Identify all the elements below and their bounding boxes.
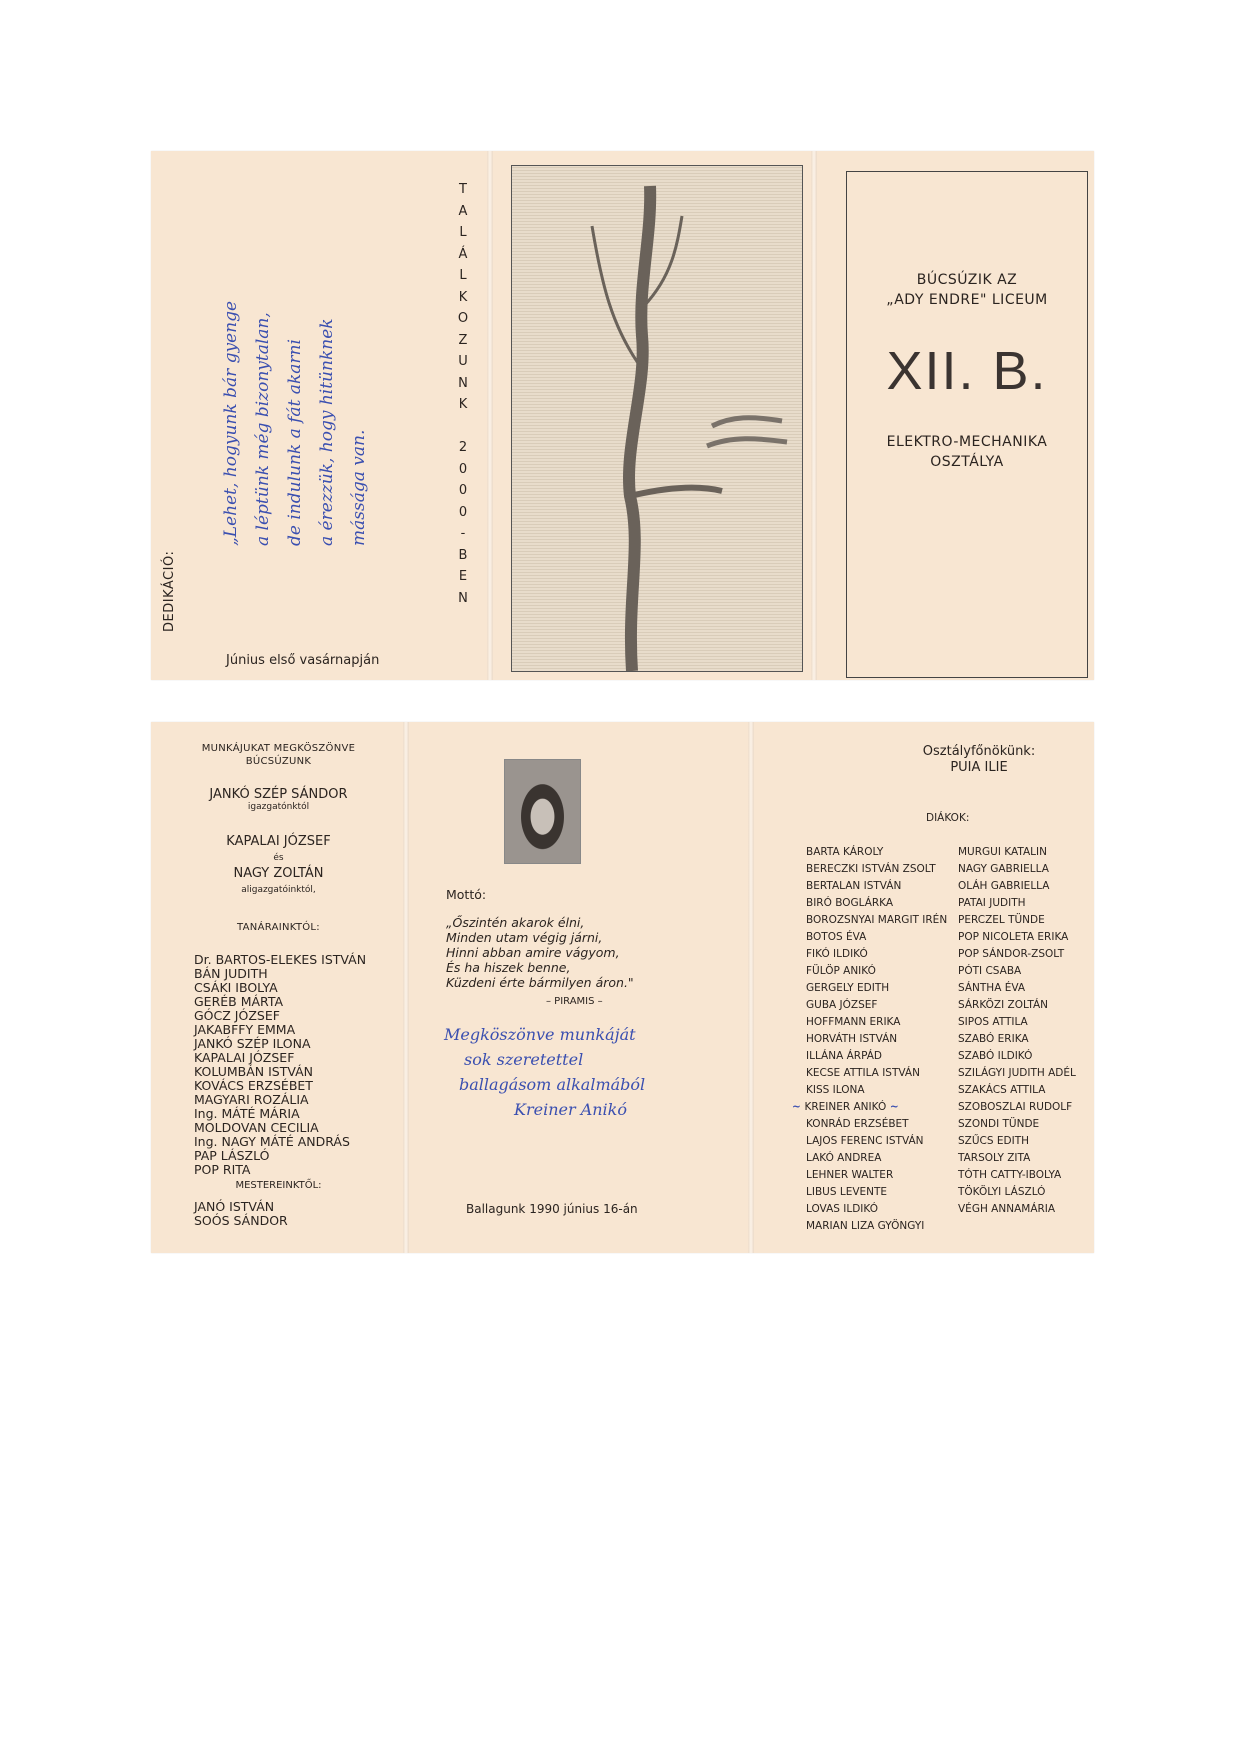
student-name: LEHNER WALTER: [806, 1167, 947, 1184]
student-name: KISS ILONA: [806, 1082, 947, 1099]
teacher-name: JANKÓ SZÉP ILONA: [194, 1037, 366, 1051]
master-name: JANÓ ISTVÁN: [194, 1200, 288, 1214]
teacher-name: Dr. BARTOS-ELEKES ISTVÁN: [194, 953, 366, 967]
student-name: SZABÓ ILDIKÓ: [958, 1048, 1076, 1065]
student-name: SIPOS ATTILA: [958, 1014, 1076, 1031]
thanks-panel: MUNKÁJUKAT MEGKÖSZÖNVE BÚCSÚZUNK JANKÓ S…: [151, 722, 406, 1253]
thanks-header: MUNKÁJUKAT MEGKÖSZÖNVE BÚCSÚZUNK: [151, 742, 406, 768]
director-name: JANKÓ SZÉP SÁNDOR: [151, 787, 406, 802]
invitation-outer-side: „Lehet, hogyunk bár gyenge a léptünk még…: [151, 151, 1094, 680]
thanks-line: MUNKÁJUKAT MEGKÖSZÖNVE: [151, 742, 406, 755]
student-name: HOFFMANN ERIKA: [806, 1014, 947, 1031]
student-name: SZŰCS EDITH: [958, 1133, 1076, 1150]
student-name: SZOBOSZLAI RUDOLF: [958, 1099, 1076, 1116]
vertical-letter: 0: [453, 480, 473, 502]
handwritten-mark: ~: [792, 1101, 804, 1113]
master-name: SOÓS SÁNDOR: [194, 1214, 288, 1228]
student-name: BOTOS ÉVA: [806, 929, 947, 946]
student-name: POP SÁNDOR-ZSOLT: [958, 946, 1076, 963]
meeting-date: Június első vasárnapján: [226, 653, 379, 668]
vertical-letter: -: [453, 523, 473, 545]
student-name: SÁNTHA ÉVA: [958, 980, 1076, 997]
dedication-line: de indulunk a fát akarni: [285, 339, 305, 546]
vertical-letter: U: [453, 351, 473, 373]
student-name: OLÁH GABRIELLA: [958, 878, 1076, 895]
teacher-name: KOVÁCS ERZSÉBET: [194, 1079, 366, 1093]
teacher-name: POP RITA: [194, 1163, 366, 1177]
dedication-line: mássága van.: [349, 430, 369, 546]
handwritten-mark: ~: [886, 1101, 898, 1113]
masters-list: JANÓ ISTVÁNSOÓS SÁNDOR: [194, 1200, 288, 1228]
poem-line: És ha hiszek benne,: [446, 960, 634, 975]
teacher-name: MOLDOVAN CECILIA: [194, 1121, 366, 1135]
homeroom-label: Osztályfőnökünk:: [899, 744, 1059, 760]
poem-line: „Őszintén akarok élni,: [446, 915, 634, 930]
tree-illustration: [511, 165, 803, 672]
vertical-letter: A: [453, 201, 473, 223]
vertical-letter: Z: [453, 330, 473, 352]
homeroom-name: PUIA ILIE: [899, 760, 1059, 776]
students-header: DIÁKOK:: [926, 812, 969, 824]
dedication-line: „Lehet, hogyunk bár gyenge: [221, 301, 241, 546]
student-name: TARSOLY ZITA: [958, 1150, 1076, 1167]
student-name: SZAKÁCS ATTILA: [958, 1082, 1076, 1099]
homeroom-teacher: Osztályfőnökünk: PUIA ILIE: [899, 744, 1059, 776]
cover-line: BÚCSÚZIK AZ: [847, 270, 1087, 290]
specialty-line: ELEKTRO-MECHANIKA: [847, 432, 1087, 452]
vertical-letter: N: [453, 373, 473, 395]
student-name: ILLÁNA ÁRPÁD: [806, 1048, 947, 1065]
students-column-2: MURGUI KATALINNAGY GABRIELLAOLÁH GABRIEL…: [958, 844, 1076, 1218]
handwritten-dedication: „Lehet, hogyunk bár gyenge a léptünk még…: [211, 231, 481, 551]
student-name: BERTALAN ISTVÁN: [806, 878, 947, 895]
student-name: MURGUI KATALIN: [958, 844, 1076, 861]
vertical-letter: 0: [453, 459, 473, 481]
handwritten-note: Megköszönve munkájátsok szeretettelballa…: [444, 1022, 645, 1122]
vertical-reunion-text: TALÁLKOZUNK 2000-BEN: [453, 179, 473, 609]
vice-director-name: NAGY ZOLTÁN: [151, 866, 406, 882]
teacher-name: KOLUMBÁN ISTVÁN: [194, 1065, 366, 1079]
dedication-line: a érezzük, hogy hitünknek: [317, 318, 337, 546]
vice-directors: KAPALAI JÓZSEF és NAGY ZOLTÁN aligazgató…: [151, 834, 406, 898]
handwritten-line: Kreiner Anikó: [444, 1097, 645, 1122]
vertical-letter: O: [453, 308, 473, 330]
cover-panel: BÚCSÚZIK AZ „ADY ENDRE" LICEUM XII. B. E…: [846, 171, 1088, 678]
dedication-line: a léptünk még bizonytalan,: [253, 312, 273, 546]
thanks-line: BÚCSÚZUNK: [151, 755, 406, 768]
vertical-letter: L: [453, 265, 473, 287]
student-name: TÖKÖLYI LÁSZLÓ: [958, 1184, 1076, 1201]
student-name: MARIAN LIZA GYÖNGYI: [806, 1218, 947, 1235]
students-panel: Osztályfőnökünk: PUIA ILIE DIÁKOK: BARTA…: [751, 722, 1094, 1253]
poem-line: Küzdeni érte bármilyen áron.": [446, 975, 634, 990]
student-name: SZONDI TÜNDE: [958, 1116, 1076, 1133]
motto-poem: „Őszintén akarok élni,Minden utam végig …: [446, 915, 634, 990]
motto-label: Mottó:: [446, 887, 486, 902]
vertical-letter: T: [453, 179, 473, 201]
student-name: ~ KREINER ANIKÓ ~: [792, 1099, 947, 1116]
student-name: LIBUS LEVENTE: [806, 1184, 947, 1201]
fold-line: [811, 151, 817, 680]
student-name: FÜLÖP ANIKÓ: [806, 963, 947, 980]
graduation-date: Ballagunk 1990 június 16-án: [466, 1202, 638, 1216]
masters-header: MESTEREINKTŐL:: [151, 1180, 406, 1191]
teacher-name: JAKABFFY EMMA: [194, 1023, 366, 1037]
teacher-name: GERÉB MÁRTA: [194, 995, 366, 1009]
student-name: KONRÁD ERZSÉBET: [806, 1116, 947, 1133]
specialty-line: OSZTÁLYA: [847, 452, 1087, 472]
student-name: BOROZSNYAI MARGIT IRÉN: [806, 912, 947, 929]
teacher-name: KAPALAI JÓZSEF: [194, 1051, 366, 1065]
director: JANKÓ SZÉP SÁNDOR igazgatónktól: [151, 787, 406, 812]
handwritten-line: Megköszönve munkáját: [444, 1022, 645, 1047]
student-name: HORVÁTH ISTVÁN: [806, 1031, 947, 1048]
handwritten-line: ballagásom alkalmából: [444, 1072, 645, 1097]
teachers-list: Dr. BARTOS-ELEKES ISTVÁNBÁN JUDITHCSÁKI …: [194, 953, 366, 1177]
teacher-name: GÓCZ JÓZSEF: [194, 1009, 366, 1023]
student-name: SÁRKÖZI ZOLTÁN: [958, 997, 1076, 1014]
director-role: igazgatónktól: [151, 802, 406, 812]
student-name: FIKÓ ILDIKÓ: [806, 946, 947, 963]
student-name: GUBA JÓZSEF: [806, 997, 947, 1014]
student-name: LOVAS ILDIKÓ: [806, 1201, 947, 1218]
vice-director-name: KAPALAI JÓZSEF: [151, 834, 406, 850]
student-name: VÉGH ANNAMÁRIA: [958, 1201, 1076, 1218]
students-column-1: BARTA KÁROLYBERECZKI ISTVÁN ZSOLTBERTALA…: [806, 844, 947, 1235]
vertical-letter: E: [453, 566, 473, 588]
poem-line: Minden utam végig járni,: [446, 930, 634, 945]
student-name: PERCZEL TÜNDE: [958, 912, 1076, 929]
vertical-letter: L: [453, 222, 473, 244]
teacher-name: Ing. MÁTÉ MÁRIA: [194, 1107, 366, 1121]
student-photo: [504, 759, 581, 864]
student-name: POP NICOLETA ERIKA: [958, 929, 1076, 946]
teacher-name: CSÁKI IBOLYA: [194, 981, 366, 995]
vertical-letter: Á: [453, 244, 473, 266]
student-name: SZABÓ ERIKA: [958, 1031, 1076, 1048]
class-title: XII. B.: [847, 340, 1087, 402]
school-name: „ADY ENDRE" LICEUM: [847, 290, 1087, 310]
vice-director-role: aligazgatóinktól,: [151, 882, 406, 898]
student-name: NAGY GABRIELLA: [958, 861, 1076, 878]
teacher-name: MAGYARI ROZÁLIA: [194, 1093, 366, 1107]
dedication-panel: „Lehet, hogyunk bár gyenge a léptünk még…: [151, 151, 491, 680]
student-name: BERECZKI ISTVÁN ZSOLT: [806, 861, 947, 878]
conjunction: és: [151, 850, 406, 866]
student-name: LAKÓ ANDREA: [806, 1150, 947, 1167]
student-name: BARTA KÁROLY: [806, 844, 947, 861]
vertical-letter: 2: [453, 437, 473, 459]
cover-heading: BÚCSÚZIK AZ „ADY ENDRE" LICEUM: [847, 270, 1087, 310]
student-name: GERGELY EDITH: [806, 980, 947, 997]
student-name: LAJOS FERENC ISTVÁN: [806, 1133, 947, 1150]
vertical-letter: N: [453, 588, 473, 610]
teachers-header: TANÁRAINKTÓL:: [151, 922, 406, 933]
vertical-letter: [453, 416, 473, 438]
class-specialty: ELEKTRO-MECHANIKA OSZTÁLYA: [847, 432, 1087, 472]
vertical-letter: K: [453, 394, 473, 416]
vertical-letter: 0: [453, 502, 473, 524]
teacher-name: Ing. NAGY MÁTÉ ANDRÁS: [194, 1135, 366, 1149]
fold-line: [487, 151, 493, 680]
dedication-label: DEDIKÁCIÓ:: [162, 551, 177, 632]
student-name: BIRÓ BOGLÁRKA: [806, 895, 947, 912]
student-name: PÓTI CSABA: [958, 963, 1076, 980]
vertical-letter: B: [453, 545, 473, 567]
handwritten-line: sok szeretettel: [444, 1047, 645, 1072]
teacher-name: PAP LÁSZLÓ: [194, 1149, 366, 1163]
motto-author: – PIRAMIS –: [546, 996, 603, 1007]
student-name: PATAI JUDITH: [958, 895, 1076, 912]
teacher-name: BÁN JUDITH: [194, 967, 366, 981]
student-name: TÓTH CATTY-IBOLYA: [958, 1167, 1076, 1184]
vertical-letter: K: [453, 287, 473, 309]
motto-panel: Mottó: „Őszintén akarok élni,Minden utam…: [406, 722, 751, 1253]
invitation-inner-side: MUNKÁJUKAT MEGKÖSZÖNVE BÚCSÚZUNK JANKÓ S…: [151, 722, 1094, 1253]
student-name: SZILÁGYI JUDITH ADÉL: [958, 1065, 1076, 1082]
poem-line: Hinni abban amire vágyom,: [446, 945, 634, 960]
student-name: KECSE ATTILA ISTVÁN: [806, 1065, 947, 1082]
